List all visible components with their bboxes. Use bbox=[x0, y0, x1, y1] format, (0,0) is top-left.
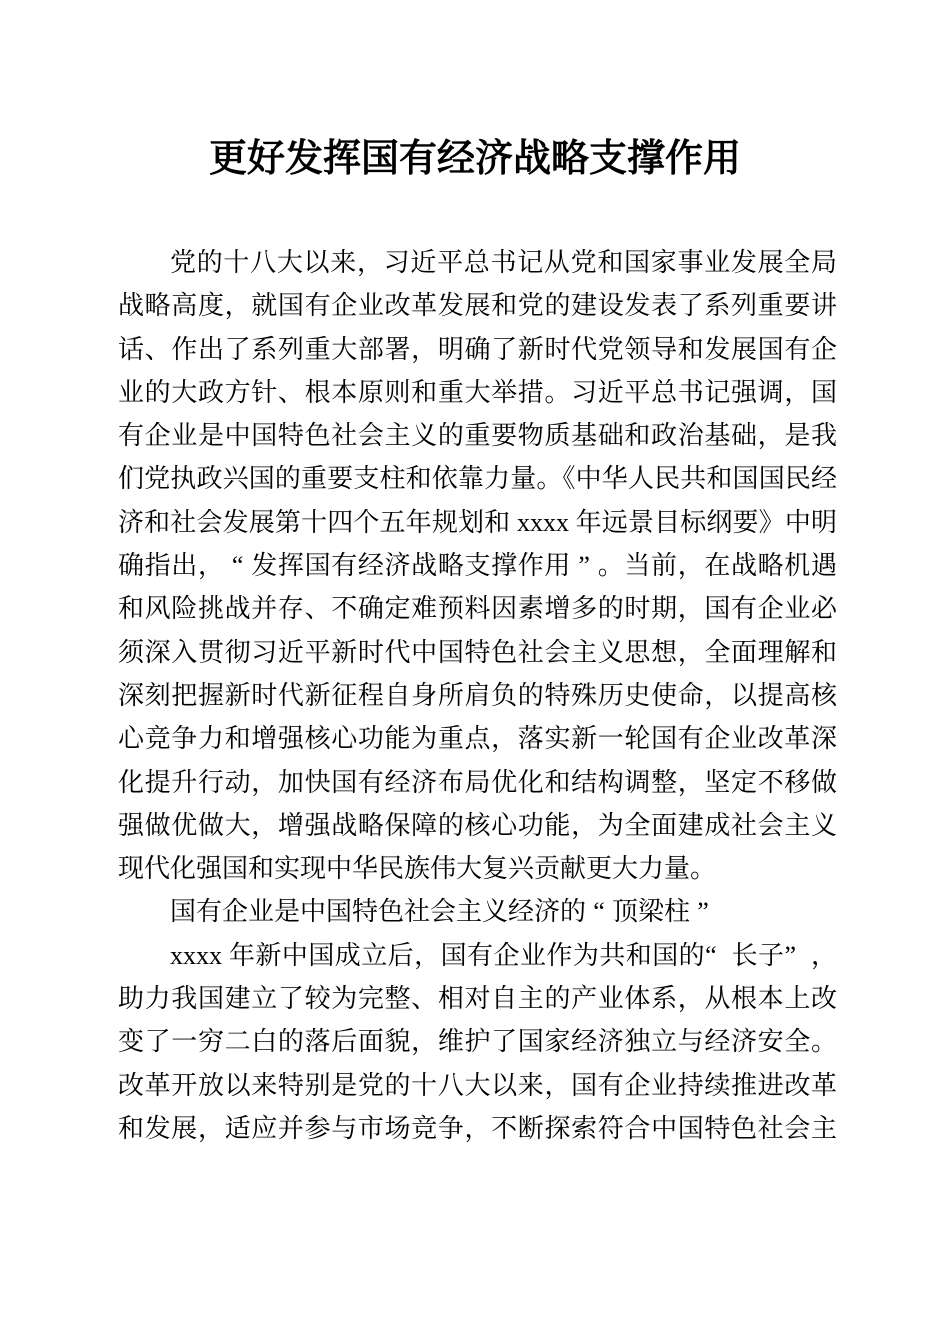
document-page: 更好发挥国有经济战略支撑作用 党的十八大以来，习近平总书记从党和国家事业发展全局… bbox=[0, 0, 950, 1344]
fullwidth-quote-glyph: “ bbox=[225, 544, 251, 587]
paragraph-history: xxxx 年新中国成立后，国有企业作为共和国的“长子”，助力我国建立了较为完整、… bbox=[118, 934, 837, 1150]
paragraph-section-heading: 国有企业是中国特色社会主义经济的“顶梁柱” bbox=[118, 890, 837, 933]
document-body: 党的十八大以来，习近平总书记从党和国家事业发展全局战略高度，就国有企业改革发展和… bbox=[118, 241, 837, 1150]
fullwidth-quote-glyph: “ bbox=[705, 934, 731, 977]
fullwidth-quote-glyph: ” bbox=[571, 544, 597, 587]
document-title: 更好发挥国有经济战略支撑作用 bbox=[0, 0, 950, 180]
fullwidth-quote-glyph: ” bbox=[690, 890, 716, 933]
fullwidth-quote-glyph: “ bbox=[586, 890, 612, 933]
paragraph-intro: 党的十八大以来，习近平总书记从党和国家事业发展全局战略高度，就国有企业改革发展和… bbox=[118, 241, 837, 890]
fullwidth-quote-glyph: ” bbox=[785, 934, 811, 977]
